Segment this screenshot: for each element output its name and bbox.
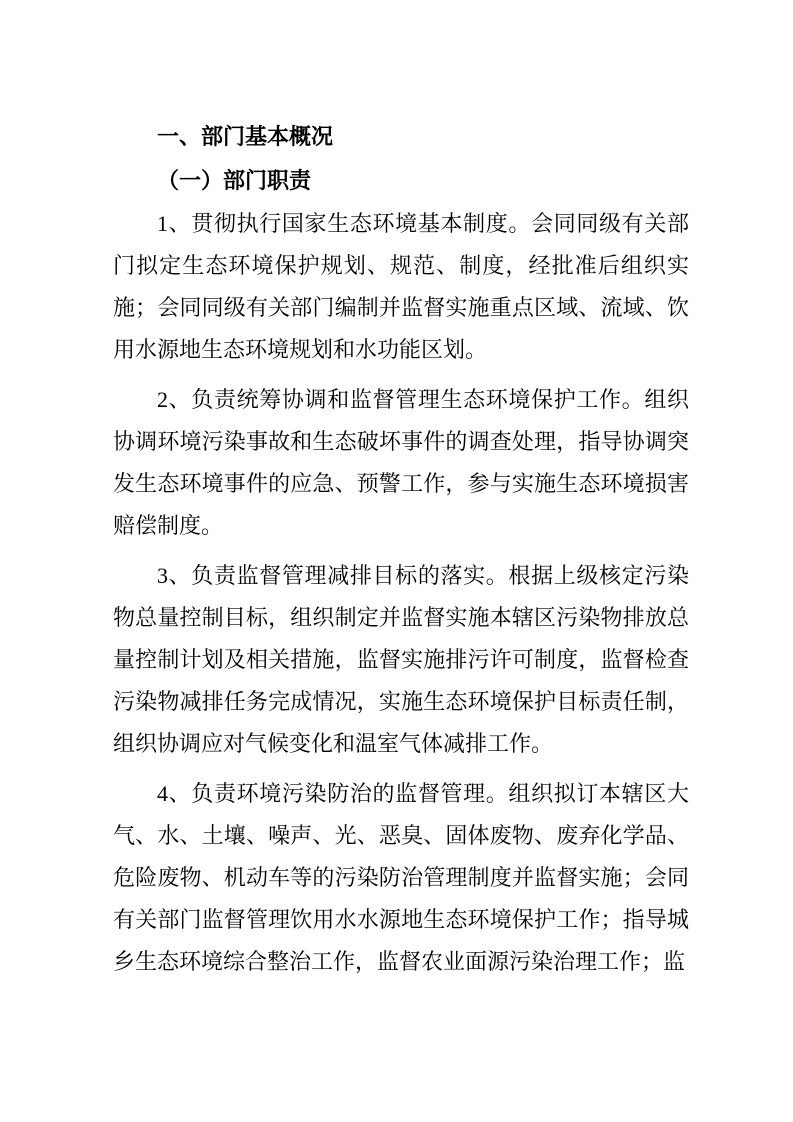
document-page: 一、部门基本概况 （一）部门职责 1、贯彻执行国家生态环境基本制度。会同同级有关… xyxy=(0,0,793,1122)
paragraph-2: 2、负责统筹协调和监督管理生态环境保护工作。组织协调环境污染事故和生态破坏事件的… xyxy=(113,379,689,547)
paragraph-4: 4、负责环境污染防治的监督管理。组织拟订本辖区大气、水、土壤、噪声、光、恶臭、固… xyxy=(113,773,689,983)
section-heading: 一、部门基本概况 xyxy=(113,115,689,159)
paragraph-3: 3、负责监督管理减排目标的落实。根据上级核定污染物总量控制目标，组织制定并监督实… xyxy=(113,555,689,765)
subsection-heading: （一）部门职责 xyxy=(113,159,689,203)
paragraph-1: 1、贯彻执行国家生态环境基本制度。会同同级有关部门拟定生态环境保护规划、规范、制… xyxy=(113,203,689,371)
document-content: 一、部门基本概况 （一）部门职责 1、贯彻执行国家生态环境基本制度。会同同级有关… xyxy=(0,0,793,983)
